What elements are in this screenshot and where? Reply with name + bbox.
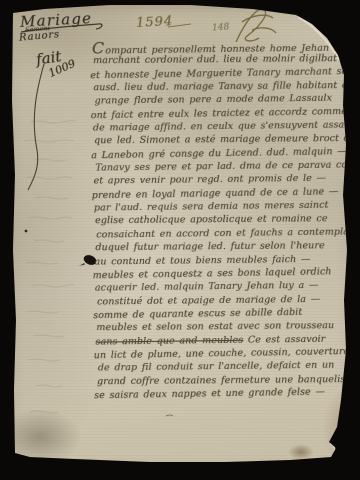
header-folio-number: 148 [212, 22, 230, 33]
manuscript-page: Mariage Samoni Rauors fait 1009 1594 148… [0, 0, 360, 480]
manuscript-text-block: Comparut personellemt honneste home Jeha… [92, 38, 354, 401]
photo-background: Mariage Samoni Rauors fait 1009 1594 148… [0, 0, 360, 480]
struck-passage: sans amble que and meubles [95, 334, 243, 347]
header-year: 1594 [136, 14, 174, 31]
manuscript-line: meubles et selon son estat avec son trou… [96, 319, 354, 335]
manuscript-line: duquel futur mariage led. futur selon l'… [95, 239, 353, 255]
